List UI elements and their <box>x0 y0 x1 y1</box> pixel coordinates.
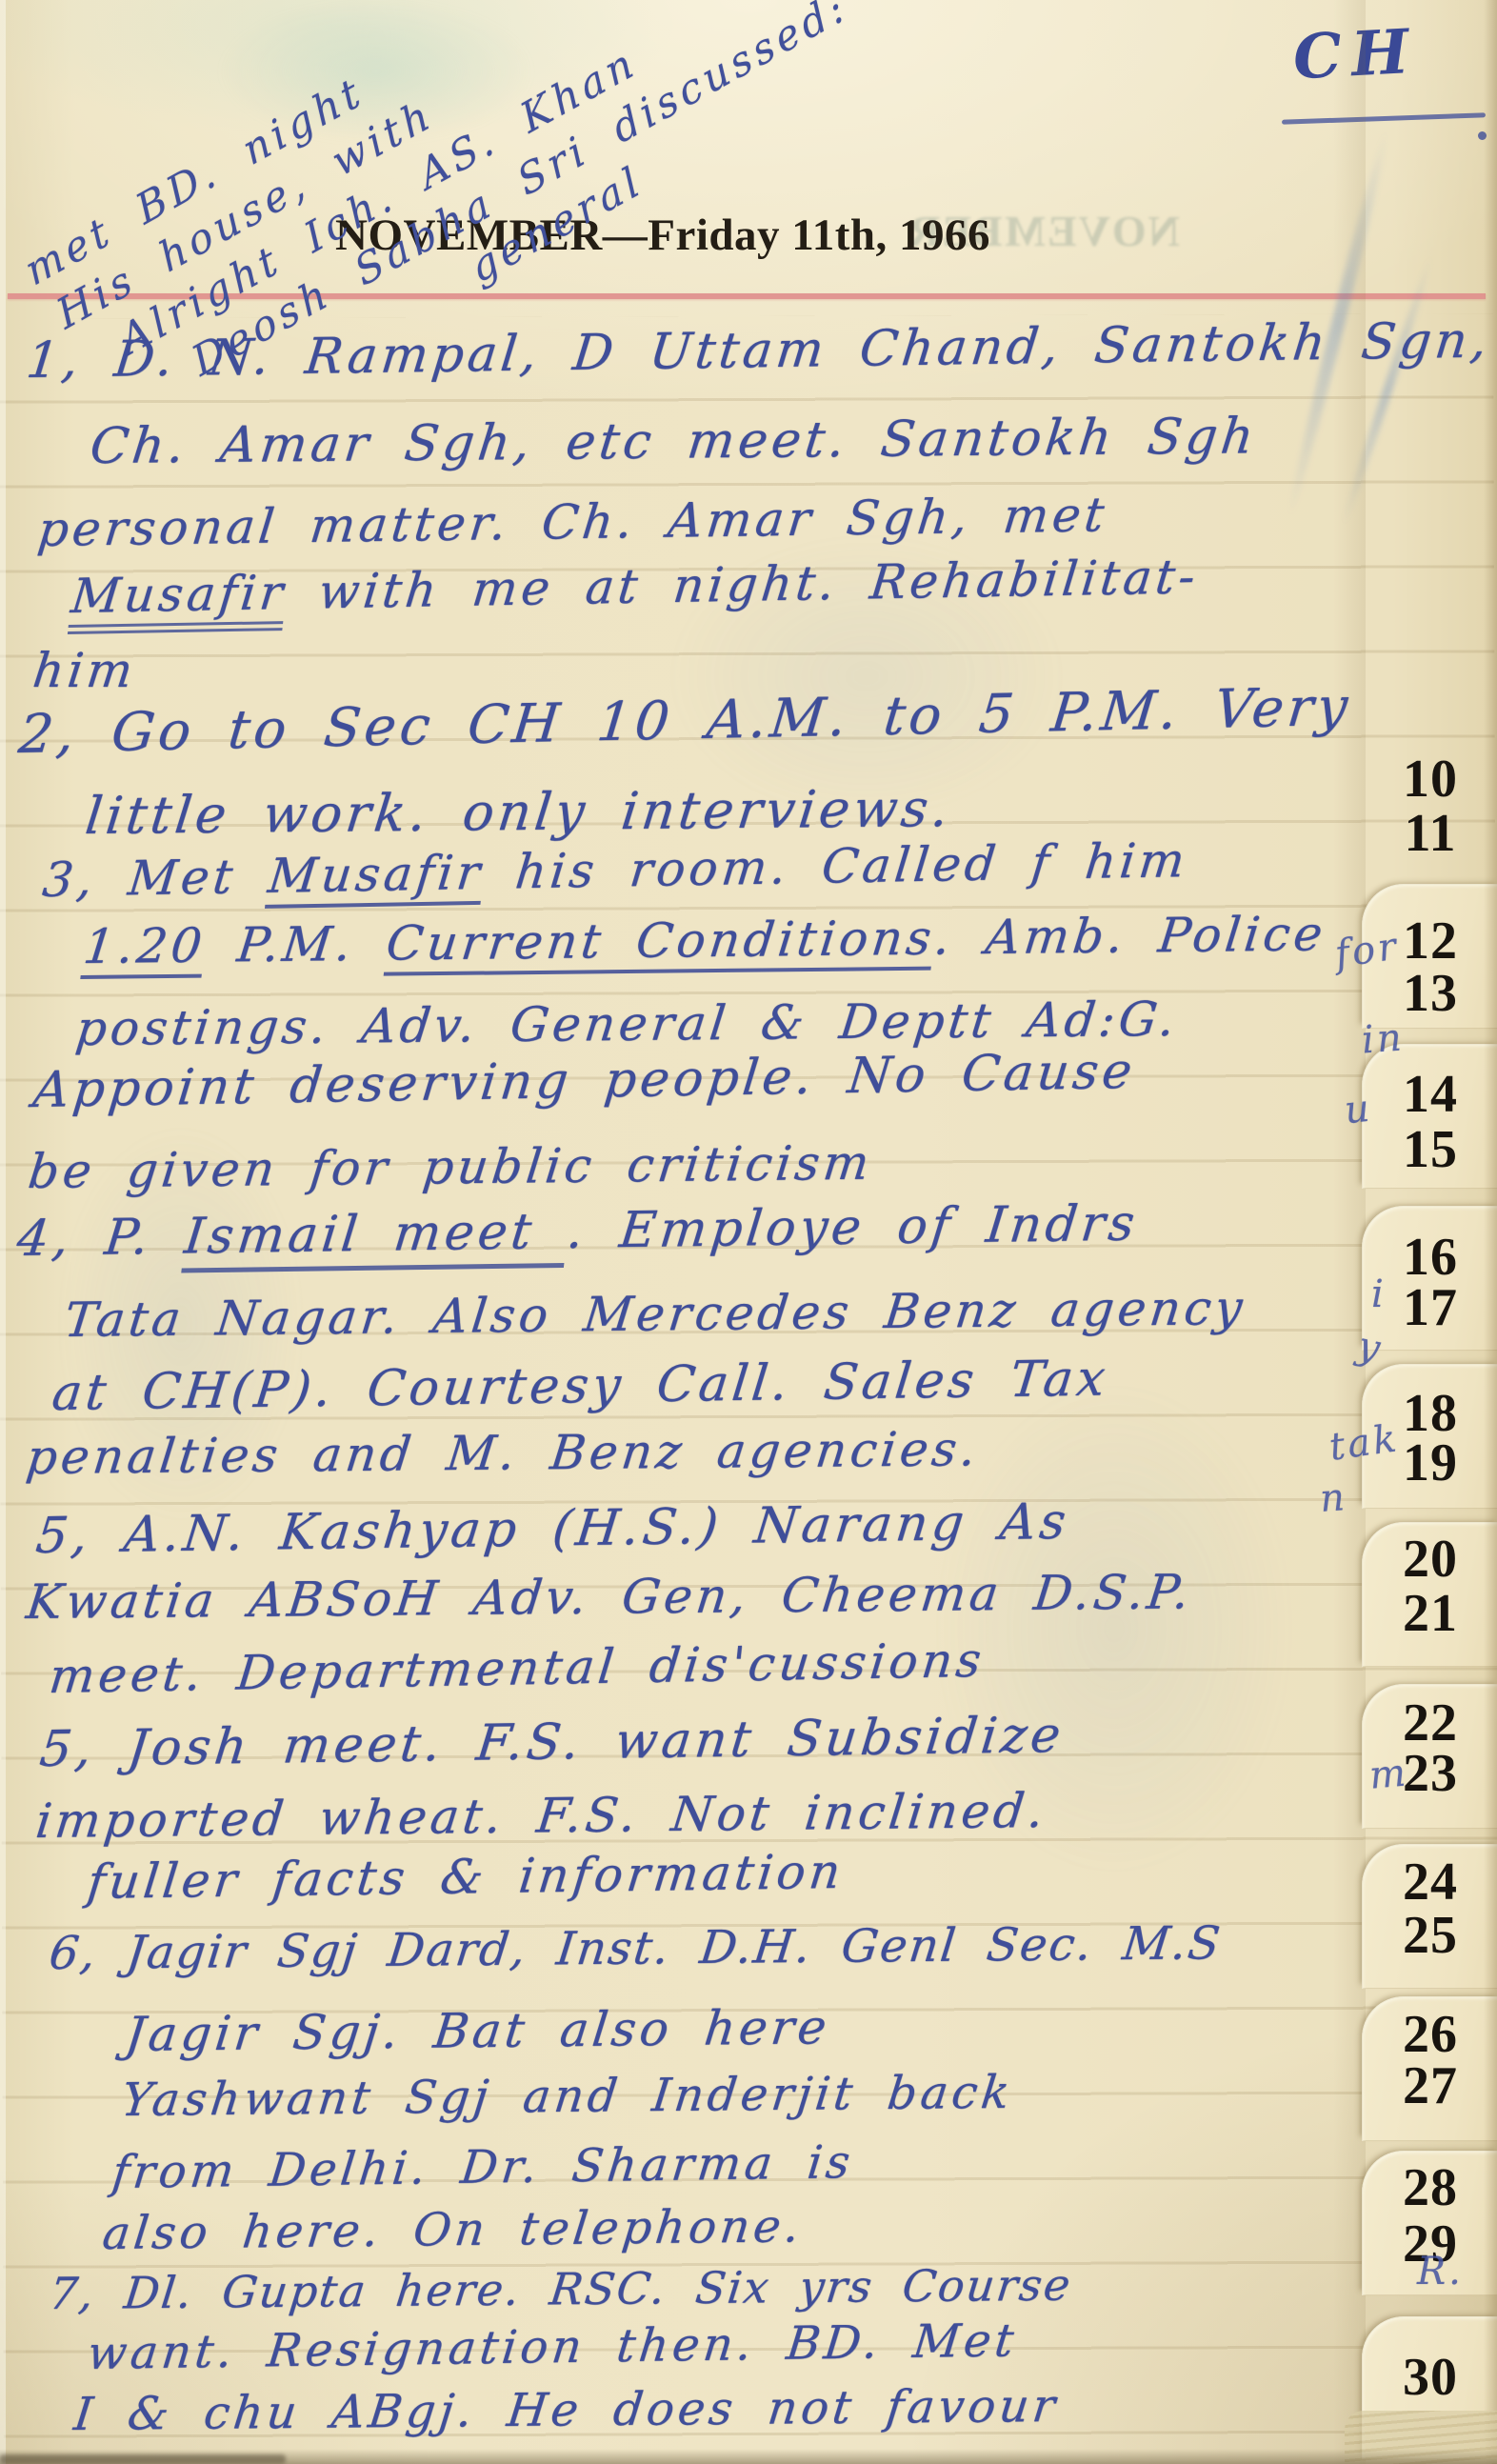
hw-underlined: Ismail meet <box>181 1203 570 1273</box>
tab-number: 30 <box>1383 2347 1478 2408</box>
handwritten-line: Yashwant Sgj and Inderjit back <box>119 2067 1016 2127</box>
hw-underlined: 1.20 <box>80 918 209 979</box>
handwritten-line: penalties and M. Benz agencies. <box>24 1422 983 1485</box>
handwritten-line: little work. only interviews. <box>82 779 955 846</box>
tab-number: 10 <box>1383 749 1478 810</box>
tab-column-shading <box>1333 0 1366 2464</box>
hw-segment: . Amb. Police <box>931 906 1328 965</box>
tab-number: 28 <box>1383 2157 1478 2218</box>
handwritten-line: imported wheat. F.S. Not inclined. <box>33 1784 1050 1850</box>
margin-fragment: in <box>1360 1016 1406 1063</box>
handwritten-line: 6, Jagir Sgj Dard, Inst. D.H. Genl Sec. … <box>47 1917 1225 1980</box>
tab-number: 17 <box>1383 1277 1478 1338</box>
handwritten-line: I & chu ABgj. He does not favour <box>71 2380 1062 2441</box>
handwritten-line: be given for public criticism <box>26 1136 876 1200</box>
margin-fragment: n <box>1318 1475 1348 1521</box>
tab-number: 25 <box>1383 1905 1478 1966</box>
handwritten-line: also here. On telephone. <box>100 2200 806 2260</box>
hw-segment: 3, Met <box>40 849 271 908</box>
handwritten-line: 7, Dl. Gupta here. RSC. Six yrs Course <box>47 2260 1074 2319</box>
tab-number: 13 <box>1383 963 1478 1024</box>
tab-number: 20 <box>1383 1529 1478 1590</box>
tab-number: 21 <box>1383 1583 1478 1644</box>
tab-number: 27 <box>1383 2055 1478 2116</box>
handwritten-line: Kwatia ABSoH Adv. Gen, Cheema D.S.P. <box>24 1565 1196 1630</box>
margin-fragment: for <box>1332 925 1402 977</box>
tab-number: 15 <box>1383 1119 1478 1180</box>
hw-underlined: Musafir <box>68 565 289 634</box>
hw-underlined: Musafir <box>265 845 486 909</box>
hw-underlined: Current Conditions <box>383 911 937 976</box>
margin-fragment: R. <box>1417 2250 1464 2294</box>
corner-mark-underline <box>1282 112 1486 124</box>
hw-segment: P.M. <box>202 916 389 973</box>
margin-fragment: m <box>1367 1751 1410 1797</box>
tab-number: 14 <box>1383 1064 1478 1125</box>
page-edge-right <box>1484 0 1497 2464</box>
handwritten-line: Ch. Amar Sgh, etc meet. Santokh Sgh <box>88 409 1261 475</box>
hw-segment: his room. Called f him <box>481 832 1191 900</box>
handwritten-line: from Delhi. Dr. Sharma is <box>110 2136 856 2199</box>
tab-number: 24 <box>1383 1852 1478 1913</box>
handwritten-line: Jagir Sgj. Bat also here <box>123 2000 833 2062</box>
page-edge-bottom <box>0 2449 1497 2464</box>
hw-segment: 4, P. <box>14 1209 188 1268</box>
hw-segment: . Employe of Indrs <box>565 1195 1142 1260</box>
page-edge-left <box>0 0 6 2464</box>
tab-number: 11 <box>1383 803 1478 864</box>
handwritten-line: him <box>30 644 139 699</box>
handwritten-line: fuller facts & information <box>85 1845 847 1911</box>
margin-fragment: u <box>1343 1087 1374 1133</box>
margin-fragment: i <box>1371 1272 1387 1316</box>
diary-page: NOVEMBER NOVEMBER—Friday 11th, 1966 CH m… <box>0 0 1497 2464</box>
